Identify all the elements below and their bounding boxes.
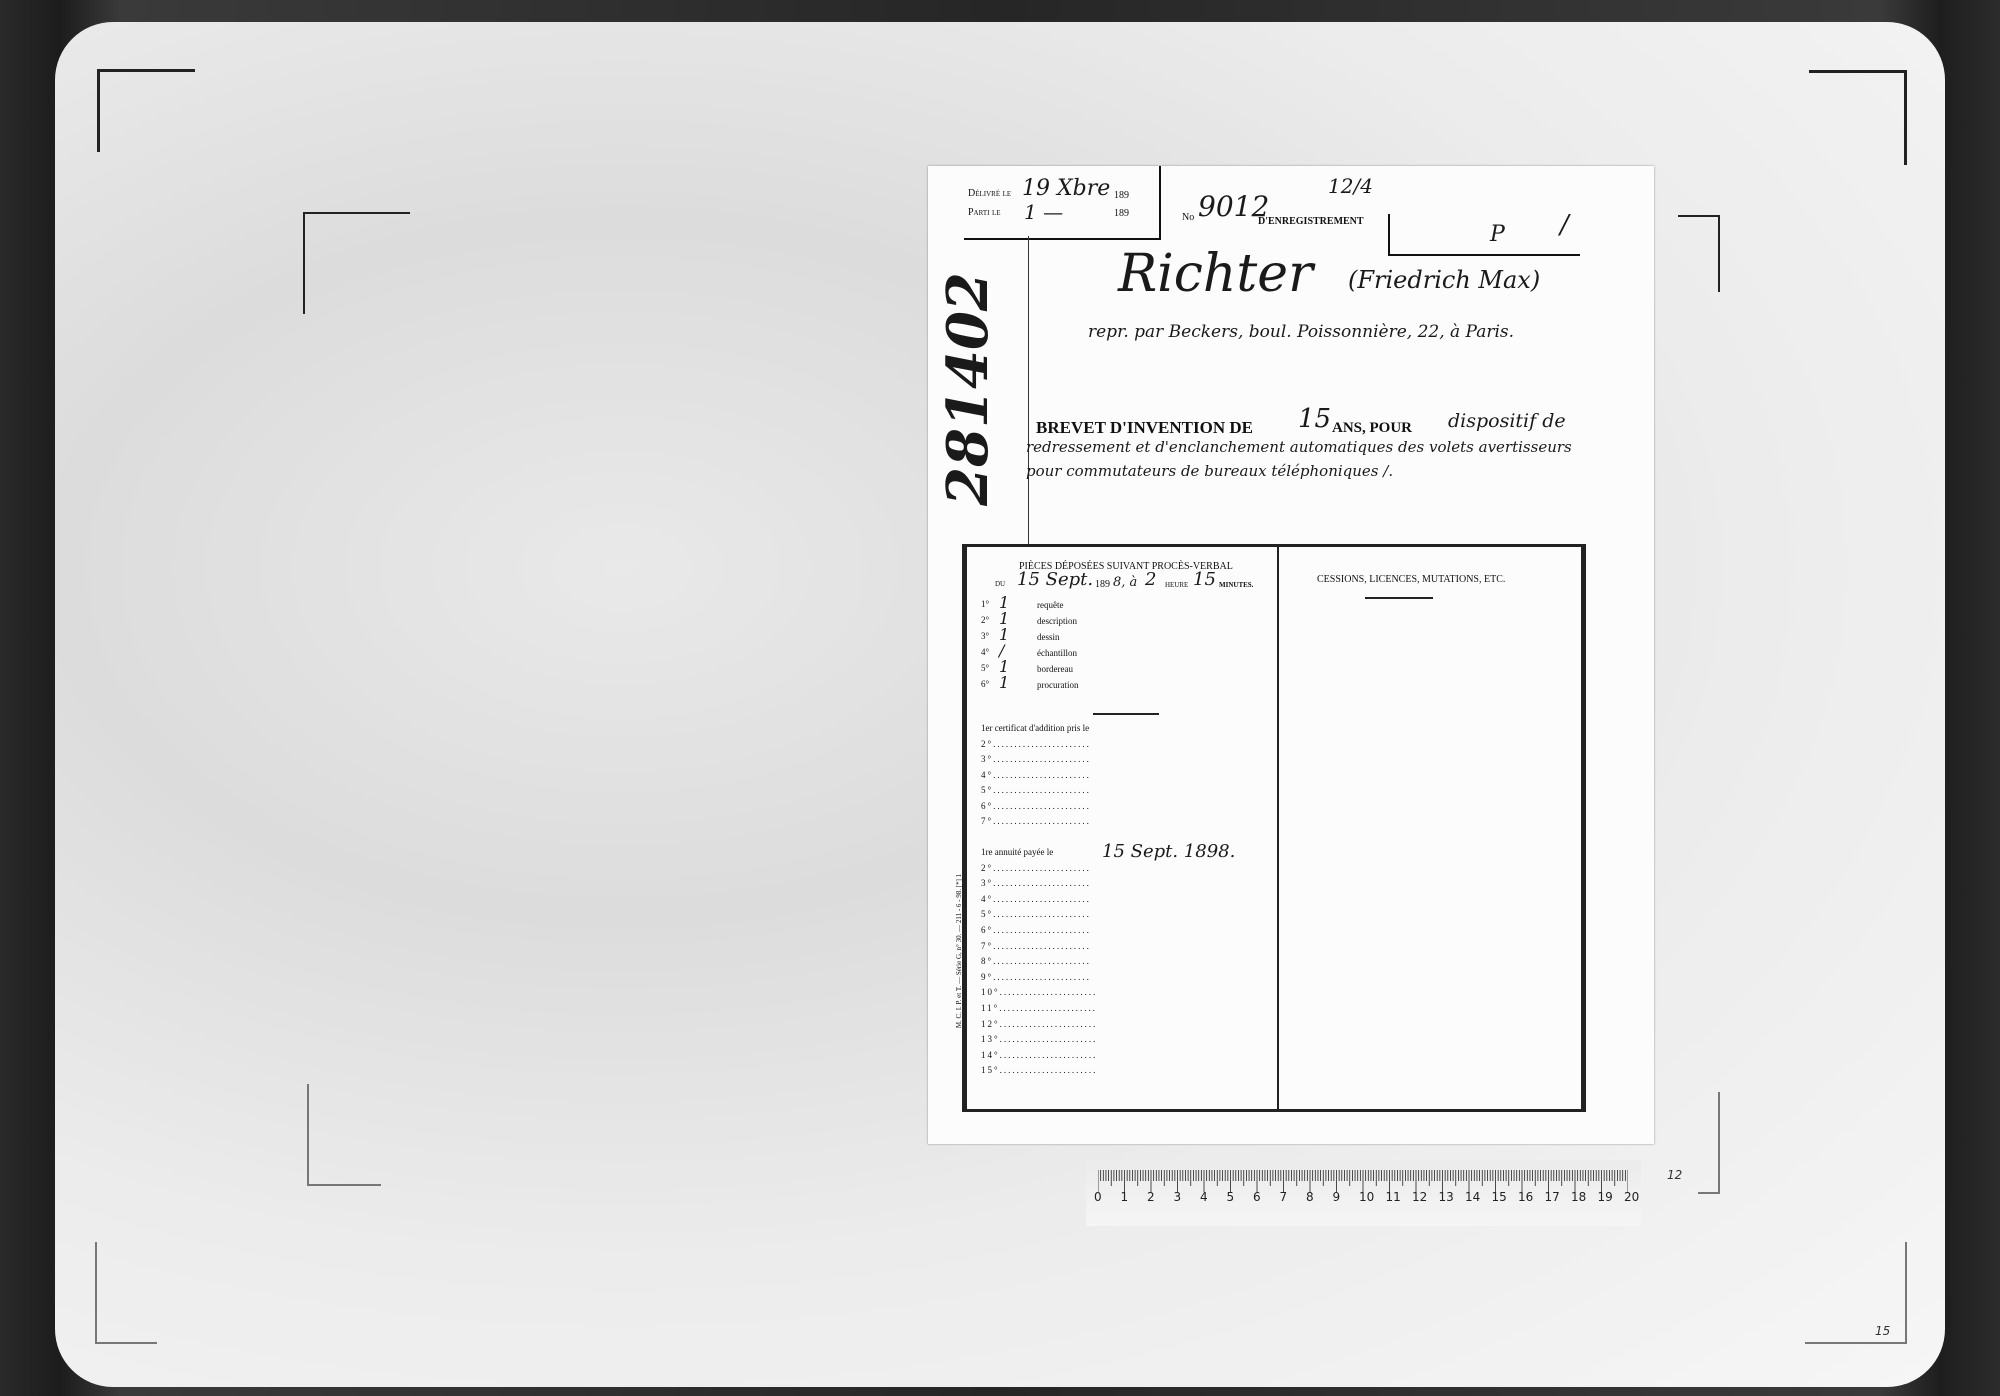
box-tick: / bbox=[1560, 210, 1569, 240]
pieces-item-num: 2° bbox=[981, 615, 989, 625]
ruler-label: 10 bbox=[1359, 1190, 1374, 1204]
crop-mark-bottom-left-outer bbox=[95, 1242, 157, 1344]
crop-mark-bottom-right-inner bbox=[1698, 1092, 1720, 1194]
ruler-label: 5 bbox=[1227, 1190, 1235, 1204]
delivre-year: 189 bbox=[1114, 190, 1129, 201]
brevet-years: 15 bbox=[1298, 404, 1331, 434]
parti-label: Parti le bbox=[968, 207, 1001, 218]
brevet-suffix: ANS, POUR bbox=[1332, 420, 1412, 437]
pieces-item-label: dessin bbox=[1037, 632, 1060, 642]
annuite-first-value: 15 Sept. 1898. bbox=[1102, 841, 1235, 862]
printer-mark: M. C. I. P. et T. — Série G, n° 30. — 21… bbox=[955, 811, 963, 1091]
pieces-item: 3°1dessin bbox=[981, 629, 1261, 645]
pieces-item-num: 6° bbox=[981, 679, 989, 689]
brevet-title-line2: redressement et d'enclanchement automati… bbox=[1026, 438, 1572, 456]
ruler-label: 3 bbox=[1174, 1190, 1182, 1204]
list-row: 3°....................... bbox=[981, 878, 1091, 888]
list-row: 10°....................... bbox=[981, 987, 1097, 997]
brevet-title-line1: dispositif de bbox=[1448, 410, 1566, 432]
holder-surname: Richter bbox=[1118, 244, 1313, 304]
ruler-label: 6 bbox=[1253, 1190, 1261, 1204]
ruler-label: 18 bbox=[1571, 1190, 1586, 1204]
pieces-item-label: procuration bbox=[1037, 680, 1078, 690]
crop-mark-top-right-outer bbox=[1809, 70, 1907, 165]
pieces-du-label: DU bbox=[995, 580, 1005, 588]
holder-given-names: (Friedrich Max) bbox=[1348, 266, 1540, 294]
ruler-label: 0 bbox=[1094, 1190, 1102, 1204]
list-row: 7°....................... bbox=[981, 941, 1091, 951]
ruler-label: 20 bbox=[1624, 1190, 1639, 1204]
list-row: 6°....................... bbox=[981, 925, 1091, 935]
list-first-label: 1er certificat d'addition pris le bbox=[981, 723, 1089, 733]
ruler-label: 8 bbox=[1306, 1190, 1314, 1204]
ruler-label: 2 bbox=[1147, 1190, 1155, 1204]
ruler-label: 12 bbox=[1412, 1190, 1427, 1204]
crop-mark-top-left-outer bbox=[97, 69, 195, 152]
reference-fraction: 12/4 bbox=[1328, 174, 1373, 198]
ruler-label: 14 bbox=[1465, 1190, 1480, 1204]
ruler-label: 9 bbox=[1333, 1190, 1341, 1204]
registration-no-label: No bbox=[1182, 212, 1194, 223]
pieces-item: 5°1bordereau bbox=[981, 661, 1261, 677]
list-row: 6°....................... bbox=[981, 801, 1091, 811]
ruler-label: 19 bbox=[1598, 1190, 1613, 1204]
list-row: 11°....................... bbox=[981, 1003, 1097, 1013]
measurement-ruler: 01234567891011121314151617181920 bbox=[1086, 1160, 1641, 1226]
pieces-item-num: 5° bbox=[981, 663, 989, 673]
brevet-title-line3: pour commutateurs de bureaux téléphoniqu… bbox=[1026, 462, 1393, 480]
page-mark-1: 12 bbox=[1667, 1168, 1682, 1182]
list-first-label: 1re annuité payée le bbox=[981, 847, 1053, 857]
pieces-item-label: requête bbox=[1037, 600, 1063, 610]
pieces-date: 15 Sept. bbox=[1017, 569, 1093, 590]
parti-value: 1 — bbox=[1024, 200, 1063, 224]
pieces-hour: 2 bbox=[1145, 569, 1156, 590]
pieces-year-suffix: 8, à bbox=[1113, 575, 1137, 590]
list-row: 12°....................... bbox=[981, 1019, 1097, 1029]
ruler-label: 16 bbox=[1518, 1190, 1533, 1204]
holder-representative: repr. par Beckers, boul. Poissonnière, 2… bbox=[1088, 322, 1514, 342]
register-form: PIÈCES DÉPOSÉES SUIVANT PROCÈS-VERBAL DU… bbox=[962, 544, 1586, 1112]
list-row: 4°....................... bbox=[981, 894, 1091, 904]
pieces-minutes: 15 bbox=[1193, 569, 1216, 590]
pieces-minutes-label: MINUTES. bbox=[1219, 581, 1253, 589]
ruler-label: 7 bbox=[1280, 1190, 1288, 1204]
delivery-box: Délivré le 19 Xbre 189 Parti le 1 — 189 bbox=[964, 166, 1161, 240]
list-row: 2°....................... bbox=[981, 863, 1091, 873]
pieces-item-label: bordereau bbox=[1037, 664, 1073, 674]
crop-mark-bottom-right-outer bbox=[1805, 1242, 1907, 1344]
list-row: 13°....................... bbox=[981, 1034, 1097, 1044]
list-row: 5°....................... bbox=[981, 909, 1091, 919]
list-row: 7°....................... bbox=[981, 816, 1091, 826]
pieces-item: 6°1procuration bbox=[981, 677, 1261, 693]
column-divider bbox=[1277, 547, 1279, 1109]
pieces-item: 1°1requête bbox=[981, 597, 1261, 613]
list-row: 8°....................... bbox=[981, 956, 1091, 966]
list-row: 9°....................... bbox=[981, 972, 1091, 982]
list-row: 15°....................... bbox=[981, 1065, 1097, 1075]
crop-mark-top-left-inner bbox=[303, 212, 410, 314]
ruler-label: 15 bbox=[1492, 1190, 1507, 1204]
pieces-item-label: échantillon bbox=[1037, 648, 1077, 658]
cessions-heading: CESSIONS, LICENCES, MUTATIONS, ETC. bbox=[1317, 574, 1505, 585]
pieces-year-prefix: 189 bbox=[1095, 579, 1110, 590]
ruler-label: 4 bbox=[1200, 1190, 1208, 1204]
pieces-item-count: 1 bbox=[999, 673, 1009, 692]
classification-box: P / bbox=[1388, 214, 1580, 256]
pieces-item: 4°/échantillon bbox=[981, 645, 1261, 661]
box-mark: P bbox=[1490, 222, 1505, 247]
patent-register-card: Délivré le 19 Xbre 189 Parti le 1 — 189 … bbox=[928, 166, 1654, 1144]
patent-number: 281402 bbox=[935, 269, 1001, 509]
list-row: 3°....................... bbox=[981, 754, 1091, 764]
crop-mark-bottom-left-inner bbox=[307, 1084, 381, 1186]
parti-year: 189 bbox=[1114, 208, 1129, 219]
pieces-item: 2°1description bbox=[981, 613, 1261, 629]
cessions-separator bbox=[1365, 597, 1433, 599]
list-row: 14°....................... bbox=[981, 1050, 1097, 1060]
pieces-item-label: description bbox=[1037, 616, 1077, 626]
list-row: 4°....................... bbox=[981, 770, 1091, 780]
patent-number-margin-rule bbox=[1028, 236, 1029, 546]
ruler-label: 1 bbox=[1121, 1190, 1129, 1204]
pieces-item-num: 4° bbox=[981, 647, 989, 657]
brevet-prefix: BREVET D'INVENTION DE bbox=[1036, 418, 1253, 438]
pieces-separator bbox=[1093, 713, 1159, 715]
crop-mark-top-right-inner bbox=[1678, 215, 1720, 292]
delivre-value: 19 Xbre bbox=[1022, 176, 1110, 201]
registration-suffix: D'ENREGISTREMENT bbox=[1258, 216, 1364, 227]
pieces-hour-label: HEURE bbox=[1165, 581, 1188, 589]
pieces-item-num: 1° bbox=[981, 599, 989, 609]
ruler-label: 11 bbox=[1386, 1190, 1401, 1204]
pieces-item-num: 3° bbox=[981, 631, 989, 641]
ruler-label: 17 bbox=[1545, 1190, 1560, 1204]
ruler-label: 13 bbox=[1439, 1190, 1454, 1204]
list-row: 5°....................... bbox=[981, 785, 1091, 795]
page-mark-2: 15 bbox=[1875, 1324, 1890, 1338]
list-row: 2°....................... bbox=[981, 739, 1091, 749]
delivre-label: Délivré le bbox=[968, 188, 1011, 199]
